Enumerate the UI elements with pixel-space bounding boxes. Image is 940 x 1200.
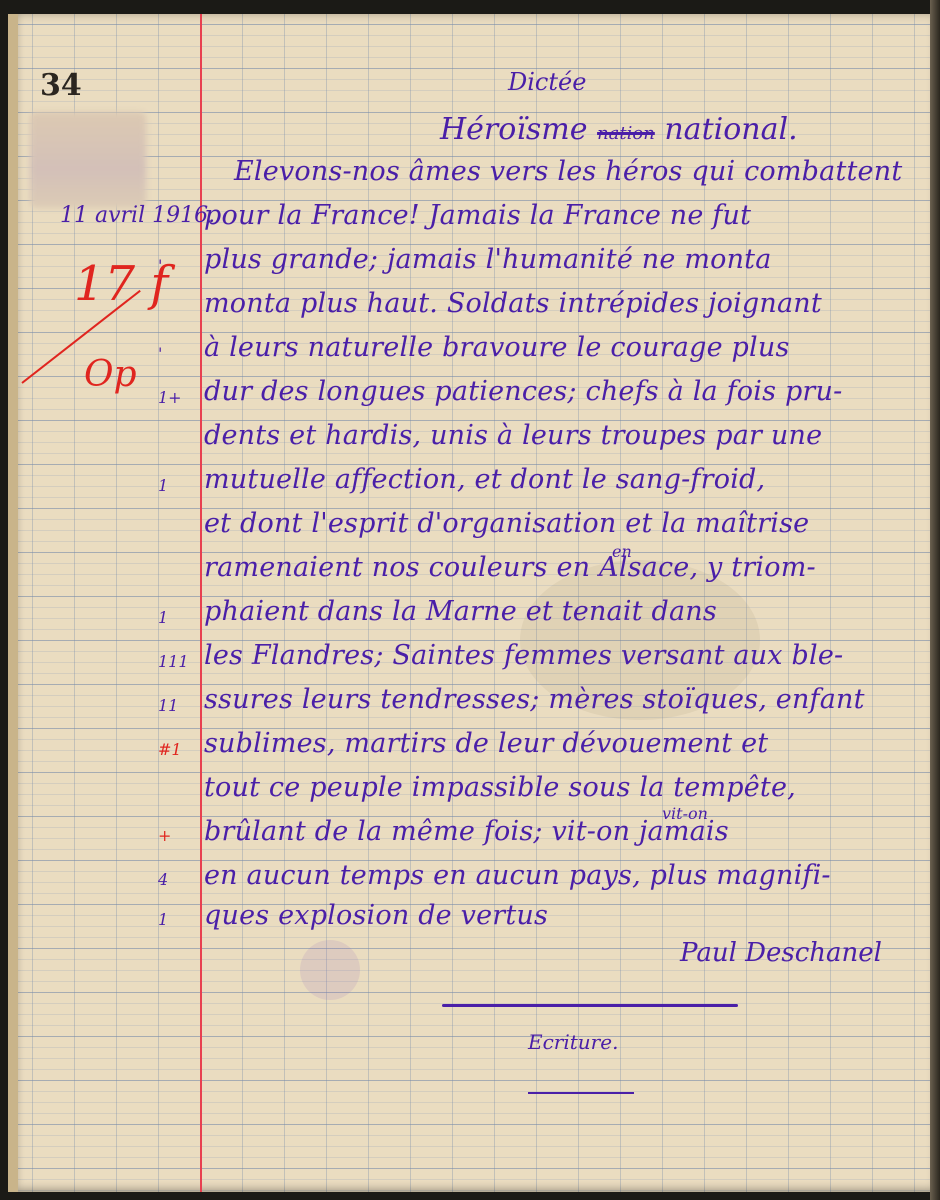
text-line: dur des longues patiences; chefs à la fo… (204, 376, 842, 407)
short-divider (528, 1092, 634, 1094)
title-prefix: Héroïsme (440, 112, 588, 147)
date-underline (98, 238, 138, 241)
text-line: brûlant de la même fois; vit-on jamais (204, 816, 729, 847)
text-line: pour la France! Jamais la France ne fut (204, 200, 751, 231)
title-struck-word: nation (597, 123, 655, 144)
margin-error-mark: 111 (158, 652, 189, 671)
grade-note: Op (84, 354, 137, 395)
notebook-spine (930, 0, 940, 1200)
text-line: les Flandres; Saintes femmes versant aux… (204, 640, 843, 671)
text-line: plus grande; jamais l'humanité ne monta (204, 244, 772, 275)
margin-error-mark: ' (158, 344, 162, 363)
dictation-title: Héroïsme nation national. (440, 112, 798, 147)
margin-error-mark: 1+ (158, 388, 182, 407)
text-line: ques explosion de vertus (204, 900, 548, 931)
text-line: en aucun temps en aucun pays, plus magni… (204, 860, 831, 891)
heading-dictee: Dictée (508, 68, 586, 96)
text-line: ramenaient nos couleurs en Alsace, y tri… (204, 552, 816, 583)
text-line: Elevons-nos âmes vers les héros qui comb… (234, 156, 902, 187)
title-suffix: national. (664, 112, 797, 147)
margin-error-mark: #1 (158, 740, 182, 759)
section-divider (442, 1004, 738, 1007)
text-line: ssures leurs tendresses; mères stoïques,… (204, 684, 865, 715)
date-label: 11 avril 1916. (60, 203, 215, 228)
margin-error-mark: 1 (158, 608, 168, 627)
text-line: à leurs naturelle bravoure le courage pl… (204, 332, 790, 363)
red-margin-line (200, 14, 202, 1192)
insert-correction-vit-on: vit-on (662, 804, 708, 823)
margin-error-mark: ' (158, 256, 162, 275)
text-line: et dont l'esprit d'organisation et la ma… (204, 508, 809, 539)
text-line: mutuelle affection, et dont le sang-froi… (204, 464, 765, 495)
redacted-name-block (30, 112, 146, 208)
author-signature: Paul Deschanel (680, 938, 882, 968)
page-number: 34 (40, 68, 82, 103)
heading-ecriture: Ecriture. (528, 1030, 618, 1054)
text-line: monta plus haut. Soldats intrépides joig… (204, 288, 822, 319)
insert-correction-en: en (612, 542, 632, 561)
text-line: tout ce peuple impassible sous la tempêt… (204, 772, 796, 803)
margin-error-mark: + (158, 826, 171, 845)
margin-error-mark: 1 (158, 910, 168, 929)
text-line: phaient dans la Marne et tenait dans (204, 596, 717, 627)
margin-error-mark: 4 (158, 870, 168, 889)
text-line: sublimes, martirs de leur dévouement et (204, 728, 768, 759)
ink-stain (300, 940, 360, 1000)
text-line: dents et hardis, unis à leurs troupes pa… (204, 420, 822, 451)
margin-error-mark: 11 (158, 696, 178, 715)
margin-error-mark: 1 (158, 476, 168, 495)
